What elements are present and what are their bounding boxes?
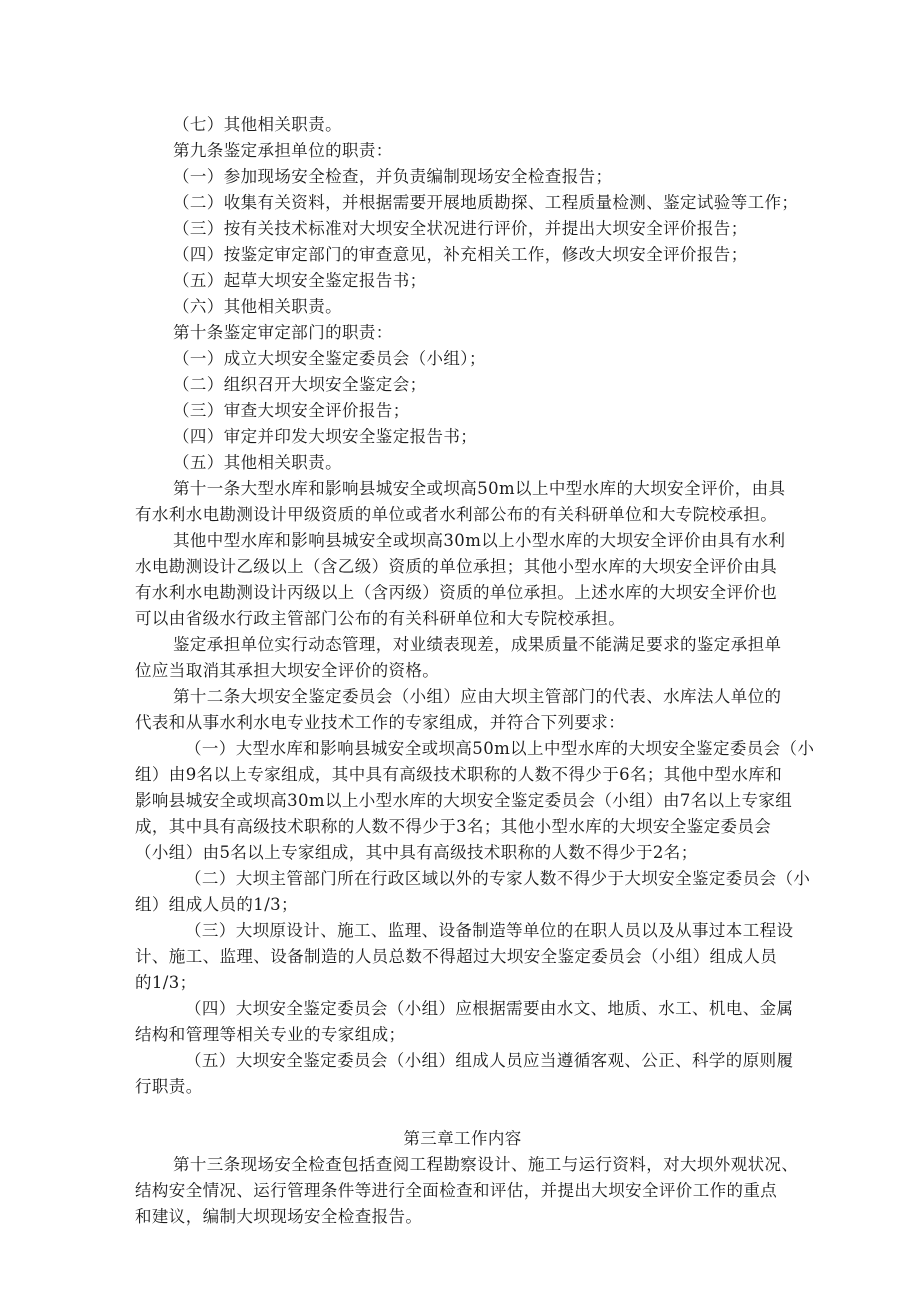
text-line: 的1/3； bbox=[135, 970, 790, 996]
text-line: 水电勘测设计乙级以上（含乙级）资质的单位承担；其他小型水库的大坝安全评价由具 bbox=[135, 554, 790, 580]
text-line: （六）其他相关职责。 bbox=[135, 294, 790, 320]
list-item: （三）审查大坝安全评价报告； bbox=[135, 398, 790, 424]
text-line: 鉴定承担单位实行动态管理，对业绩表现差，成果质量不能满足要求的鉴定承担单 bbox=[135, 632, 790, 658]
paragraph: （二）大坝主管部门所在行政区域以外的专家人数不得少于大坝安全鉴定委员会（小组）组… bbox=[135, 866, 790, 918]
text-line: 第十条鉴定审定部门的职责： bbox=[135, 320, 790, 346]
text-line: （五）起草大坝安全鉴定报告书； bbox=[135, 268, 790, 294]
text-line: 第九条鉴定承担单位的职责： bbox=[135, 138, 790, 164]
text-line: （三）大坝原设计、施工、监理、设备制造等单位的在职人员以及从事过本工程设 bbox=[135, 918, 790, 944]
paragraph: 其他中型水库和影响县城安全或坝高30m以上小型水库的大坝安全评价由具有水利水电勘… bbox=[135, 528, 790, 632]
article-heading: 第九条鉴定承担单位的职责： bbox=[135, 138, 790, 164]
text-line: 影响县城安全或坝高30m以上小型水库的大坝安全鉴定委员会（小组）由7名以上专家组 bbox=[135, 788, 790, 814]
text-line: 其他中型水库和影响县城安全或坝高30m以上小型水库的大坝安全评价由具有水利 bbox=[135, 528, 790, 554]
text-line: 第十二条大坝安全鉴定委员会（小组）应由大坝主管部门的代表、水库法人单位的 bbox=[135, 684, 790, 710]
text-line: （三）按有关技术标准对大坝安全状况进行评价，并提出大坝安全评价报告； bbox=[135, 216, 790, 242]
list-item: （四）审定并印发大坝安全鉴定报告书； bbox=[135, 424, 790, 450]
text-line: （五）其他相关职责。 bbox=[135, 450, 790, 476]
list-item: （一）成立大坝安全鉴定委员会（小组）； bbox=[135, 346, 790, 372]
paragraph: （四）大坝安全鉴定委员会（小组）应根据需要由水文、地质、水工、机电、金属结构和管… bbox=[135, 996, 790, 1048]
text-line: 结构和管理等相关专业的专家组成； bbox=[135, 1022, 790, 1048]
text-line: （小组）由5名以上专家组成，其中具有高级技术职称的人数不得少于2名； bbox=[135, 840, 790, 866]
text-line: 有水利水电勘测设计甲级资质的单位或者水利部公布的有关科研单位和大专院校承担。 bbox=[135, 502, 790, 528]
text-line: 组）由9名以上专家组成，其中具有高级技术职称的人数不得少于6名；其他中型水库和 bbox=[135, 762, 790, 788]
chapter-heading: 第三章工作内容 bbox=[135, 1126, 790, 1152]
list-item: （三）按有关技术标准对大坝安全状况进行评价，并提出大坝安全评价报告； bbox=[135, 216, 790, 242]
list-item: （一）参加现场安全检查，并负责编制现场安全检查报告； bbox=[135, 164, 790, 190]
paragraph: （五）大坝安全鉴定委员会（小组）组成人员应当遵循客观、公正、科学的原则履行职责。 bbox=[135, 1048, 790, 1100]
paragraph: 第十三条现场安全检查包括查阅工程勘察设计、施工与运行资料，对大坝外观状况、结构安… bbox=[135, 1152, 790, 1230]
text-line: （二）大坝主管部门所在行政区域以外的专家人数不得少于大坝安全鉴定委员会（小 bbox=[135, 866, 790, 892]
text-line: 有水利水电勘测设计丙级以上（含丙级）资质的单位承担。上述水库的大坝安全评价也 bbox=[135, 580, 790, 606]
text-line: （四）审定并印发大坝安全鉴定报告书； bbox=[135, 424, 790, 450]
text-line: （三）审查大坝安全评价报告； bbox=[135, 398, 790, 424]
paragraph: （一）大型水库和影响县城安全或坝高50m以上中型水库的大坝安全鉴定委员会（小组）… bbox=[135, 736, 790, 866]
text-line: （一）大型水库和影响县城安全或坝高50m以上中型水库的大坝安全鉴定委员会（小 bbox=[135, 736, 790, 762]
text-line: 代表和从事水利水电专业技术工作的专家组成，并符合下列要求： bbox=[135, 710, 790, 736]
document-body: （七）其他相关职责。第九条鉴定承担单位的职责：（一）参加现场安全检查，并负责编制… bbox=[135, 112, 790, 1230]
text-line: 第三章工作内容 bbox=[135, 1126, 790, 1152]
list-item: （二）收集有关资料，并根据需要开展地质勘探、工程质量检测、鉴定试验等工作； bbox=[135, 190, 790, 216]
paragraph: 第十一条大型水库和影响县城安全或坝高50m以上中型水库的大坝安全评价，由具有水利… bbox=[135, 476, 790, 528]
text-line: 第十三条现场安全检查包括查阅工程勘察设计、施工与运行资料，对大坝外观状况、 bbox=[135, 1152, 790, 1178]
list-item: （六）其他相关职责。 bbox=[135, 294, 790, 320]
paragraph: 鉴定承担单位实行动态管理，对业绩表现差，成果质量不能满足要求的鉴定承担单位应当取… bbox=[135, 632, 790, 684]
list-item: （五）其他相关职责。 bbox=[135, 450, 790, 476]
paragraph: 第十二条大坝安全鉴定委员会（小组）应由大坝主管部门的代表、水库法人单位的代表和从… bbox=[135, 684, 790, 736]
text-line: （四）按鉴定审定部门的审查意见，补充相关工作，修改大坝安全评价报告； bbox=[135, 242, 790, 268]
text-line: 位应当取消其承担大坝安全评价的资格。 bbox=[135, 658, 790, 684]
text-line: 和建议，编制大坝现场安全检查报告。 bbox=[135, 1204, 790, 1230]
spacer bbox=[135, 1100, 790, 1126]
text-line: （二）组织召开大坝安全鉴定会； bbox=[135, 372, 790, 398]
text-line: （一）参加现场安全检查，并负责编制现场安全检查报告； bbox=[135, 164, 790, 190]
list-item: （二）组织召开大坝安全鉴定会； bbox=[135, 372, 790, 398]
text-line: 结构安全情况、运行管理条件等进行全面检查和评估，并提出大坝安全评价工作的重点 bbox=[135, 1178, 790, 1204]
list-item: （七）其他相关职责。 bbox=[135, 112, 790, 138]
text-line: （一）成立大坝安全鉴定委员会（小组）； bbox=[135, 346, 790, 372]
text-line: 成，其中具有高级技术职称的人数不得少于3名；其他小型水库的大坝安全鉴定委员会 bbox=[135, 814, 790, 840]
text-line: 第十一条大型水库和影响县城安全或坝高50m以上中型水库的大坝安全评价，由具 bbox=[135, 476, 790, 502]
list-item: （五）起草大坝安全鉴定报告书； bbox=[135, 268, 790, 294]
list-item: （四）按鉴定审定部门的审查意见，补充相关工作，修改大坝安全评价报告； bbox=[135, 242, 790, 268]
text-line: （五）大坝安全鉴定委员会（小组）组成人员应当遵循客观、公正、科学的原则履 bbox=[135, 1048, 790, 1074]
text-line bbox=[135, 1100, 790, 1126]
document-page: （七）其他相关职责。第九条鉴定承担单位的职责：（一）参加现场安全检查，并负责编制… bbox=[0, 0, 920, 1301]
text-line: 组）组成人员的1/3； bbox=[135, 892, 790, 918]
text-line: （四）大坝安全鉴定委员会（小组）应根据需要由水文、地质、水工、机电、金属 bbox=[135, 996, 790, 1022]
text-line: 可以由省级水行政主管部门公布的有关科研单位和大专院校承担。 bbox=[135, 606, 790, 632]
paragraph: （三）大坝原设计、施工、监理、设备制造等单位的在职人员以及从事过本工程设计、施工… bbox=[135, 918, 790, 996]
text-line: 计、施工、监理、设备制造的人员总数不得超过大坝安全鉴定委员会（小组）组成人员 bbox=[135, 944, 790, 970]
text-line: （七）其他相关职责。 bbox=[135, 112, 790, 138]
text-line: （二）收集有关资料，并根据需要开展地质勘探、工程质量检测、鉴定试验等工作； bbox=[135, 190, 790, 216]
text-line: 行职责。 bbox=[135, 1074, 790, 1100]
article-heading: 第十条鉴定审定部门的职责： bbox=[135, 320, 790, 346]
